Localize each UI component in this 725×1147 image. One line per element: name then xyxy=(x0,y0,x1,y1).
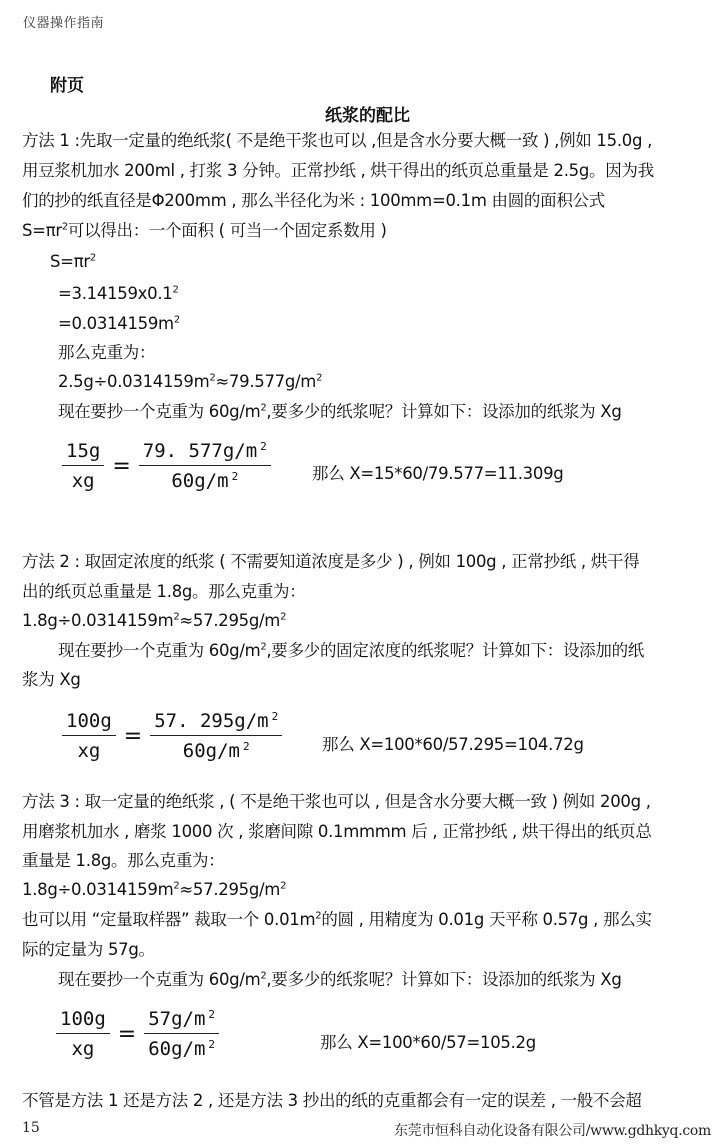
section-title: 纸浆的配比 xyxy=(0,101,725,126)
area-formula-line: S=πr2可以得出：一个面积 ( 可当一个固定系数用 ) xyxy=(22,221,387,241)
fraction-right: 57. 295g/m2 60g/m2 xyxy=(150,710,282,762)
grammage-calc: 1.8g÷0.0314159m2≈57.295g/m2 xyxy=(22,880,286,900)
running-header: 仪器操作指南 xyxy=(23,12,104,31)
target-question: 现在要抄一个克重为 60g/m2,要多少的纸浆呢？计算如下：设添加的纸浆为 Xg xyxy=(58,402,622,422)
method2-result: 那么 X=100*60/57.295=104.72g xyxy=(322,731,584,755)
fraction-left: 100g xg xyxy=(56,1008,110,1060)
page-number: 15 xyxy=(22,1120,40,1136)
fraction-left: 15g xg xyxy=(62,440,104,492)
method3-equation: 100g xg = 57g/m2 60g/m2 xyxy=(56,1008,219,1060)
grammage-calc: 2.5g÷0.0314159m2≈79.577g/m2 xyxy=(58,372,322,392)
appendix-label: 附页 xyxy=(50,71,84,96)
method3-result: 那么 X=100*60/57=105.2g xyxy=(320,1029,536,1053)
area-calc-step: =3.14159x0.12 xyxy=(58,284,179,304)
equals-sign: = xyxy=(112,454,130,479)
fraction-left: 100g xg xyxy=(62,710,116,762)
footer-company: 东莞市恒科自动化设备有限公司/www.gdhkyq.com xyxy=(394,1120,711,1140)
method3-line: 方法 3 : 取一定量的绝纸浆 , ( 不是绝干浆也可以 , 但是含水分要大概一… xyxy=(22,792,651,812)
fraction-right: 57g/m2 60g/m2 xyxy=(144,1008,219,1060)
area-calc-step: S=πr2 xyxy=(50,252,96,272)
method2-equation: 100g xg = 57. 295g/m2 60g/m2 xyxy=(62,710,282,762)
method1-equation: 15g xg = 79. 577g/m2 60g/m2 xyxy=(62,440,271,492)
method1-line: 用豆浆机加水 200ml , 打浆 3 分钟。正常抄纸 , 烘干得出的纸页总重量… xyxy=(22,161,654,181)
target-question-cont: 浆为 Xg xyxy=(22,670,81,690)
method2-line: 出的纸页总重量是 1.8g。那么克重为： xyxy=(22,582,305,602)
method1-result: 那么 X=15*60/79.577=11.309g xyxy=(312,460,563,484)
method3-line: 用磨浆机加水 , 磨浆 1000 次 , 浆磨间隙 0.1mmmm 后 , 正常… xyxy=(22,822,652,842)
target-question: 现在要抄一个克重为 60g/m2,要多少的纸浆呢？计算如下：设添加的纸浆为 Xg xyxy=(58,970,622,990)
grammage-calc: 1.8g÷0.0314159m2≈57.295g/m2 xyxy=(22,611,286,631)
sampler-line: 也可以用 “定量取样器” 裁取一个 0.01m2的圆 , 用精度为 0.01g … xyxy=(22,910,652,930)
fraction-right: 79. 577g/m2 60g/m2 xyxy=(139,440,271,492)
method2-line: 方法 2 : 取固定浓度的纸浆 ( 不需要知道浓度是多少 ) , 例如 100g… xyxy=(22,552,639,572)
equals-sign: = xyxy=(118,1022,136,1047)
method1-line: 方法 1 :先取一定量的绝纸浆( 不是绝干浆也可以 ,但是含水分要大概一致 ) … xyxy=(22,131,652,151)
area-calc-step: =0.0314159m2 xyxy=(58,314,180,334)
conclusion-line: 不管是方法 1 还是方法 2 , 还是方法 3 抄出的纸的克重都会有一定的误差 … xyxy=(22,1091,642,1111)
target-question: 现在要抄一个克重为 60g/m2,要多少的固定浓度的纸浆呢？计算如下：设添加的纸 xyxy=(58,641,644,661)
grammage-label: 那么克重为： xyxy=(58,343,155,363)
equals-sign: = xyxy=(124,724,142,749)
sampler-line-cont: 际的定量为 57g。 xyxy=(22,940,155,960)
method1-line: 们的抄的纸直径是Φ200mm , 那么半径化为米 : 100mm=0.1m 由圆… xyxy=(22,191,605,211)
method3-line: 重量是 1.8g。那么克重为： xyxy=(22,851,224,871)
